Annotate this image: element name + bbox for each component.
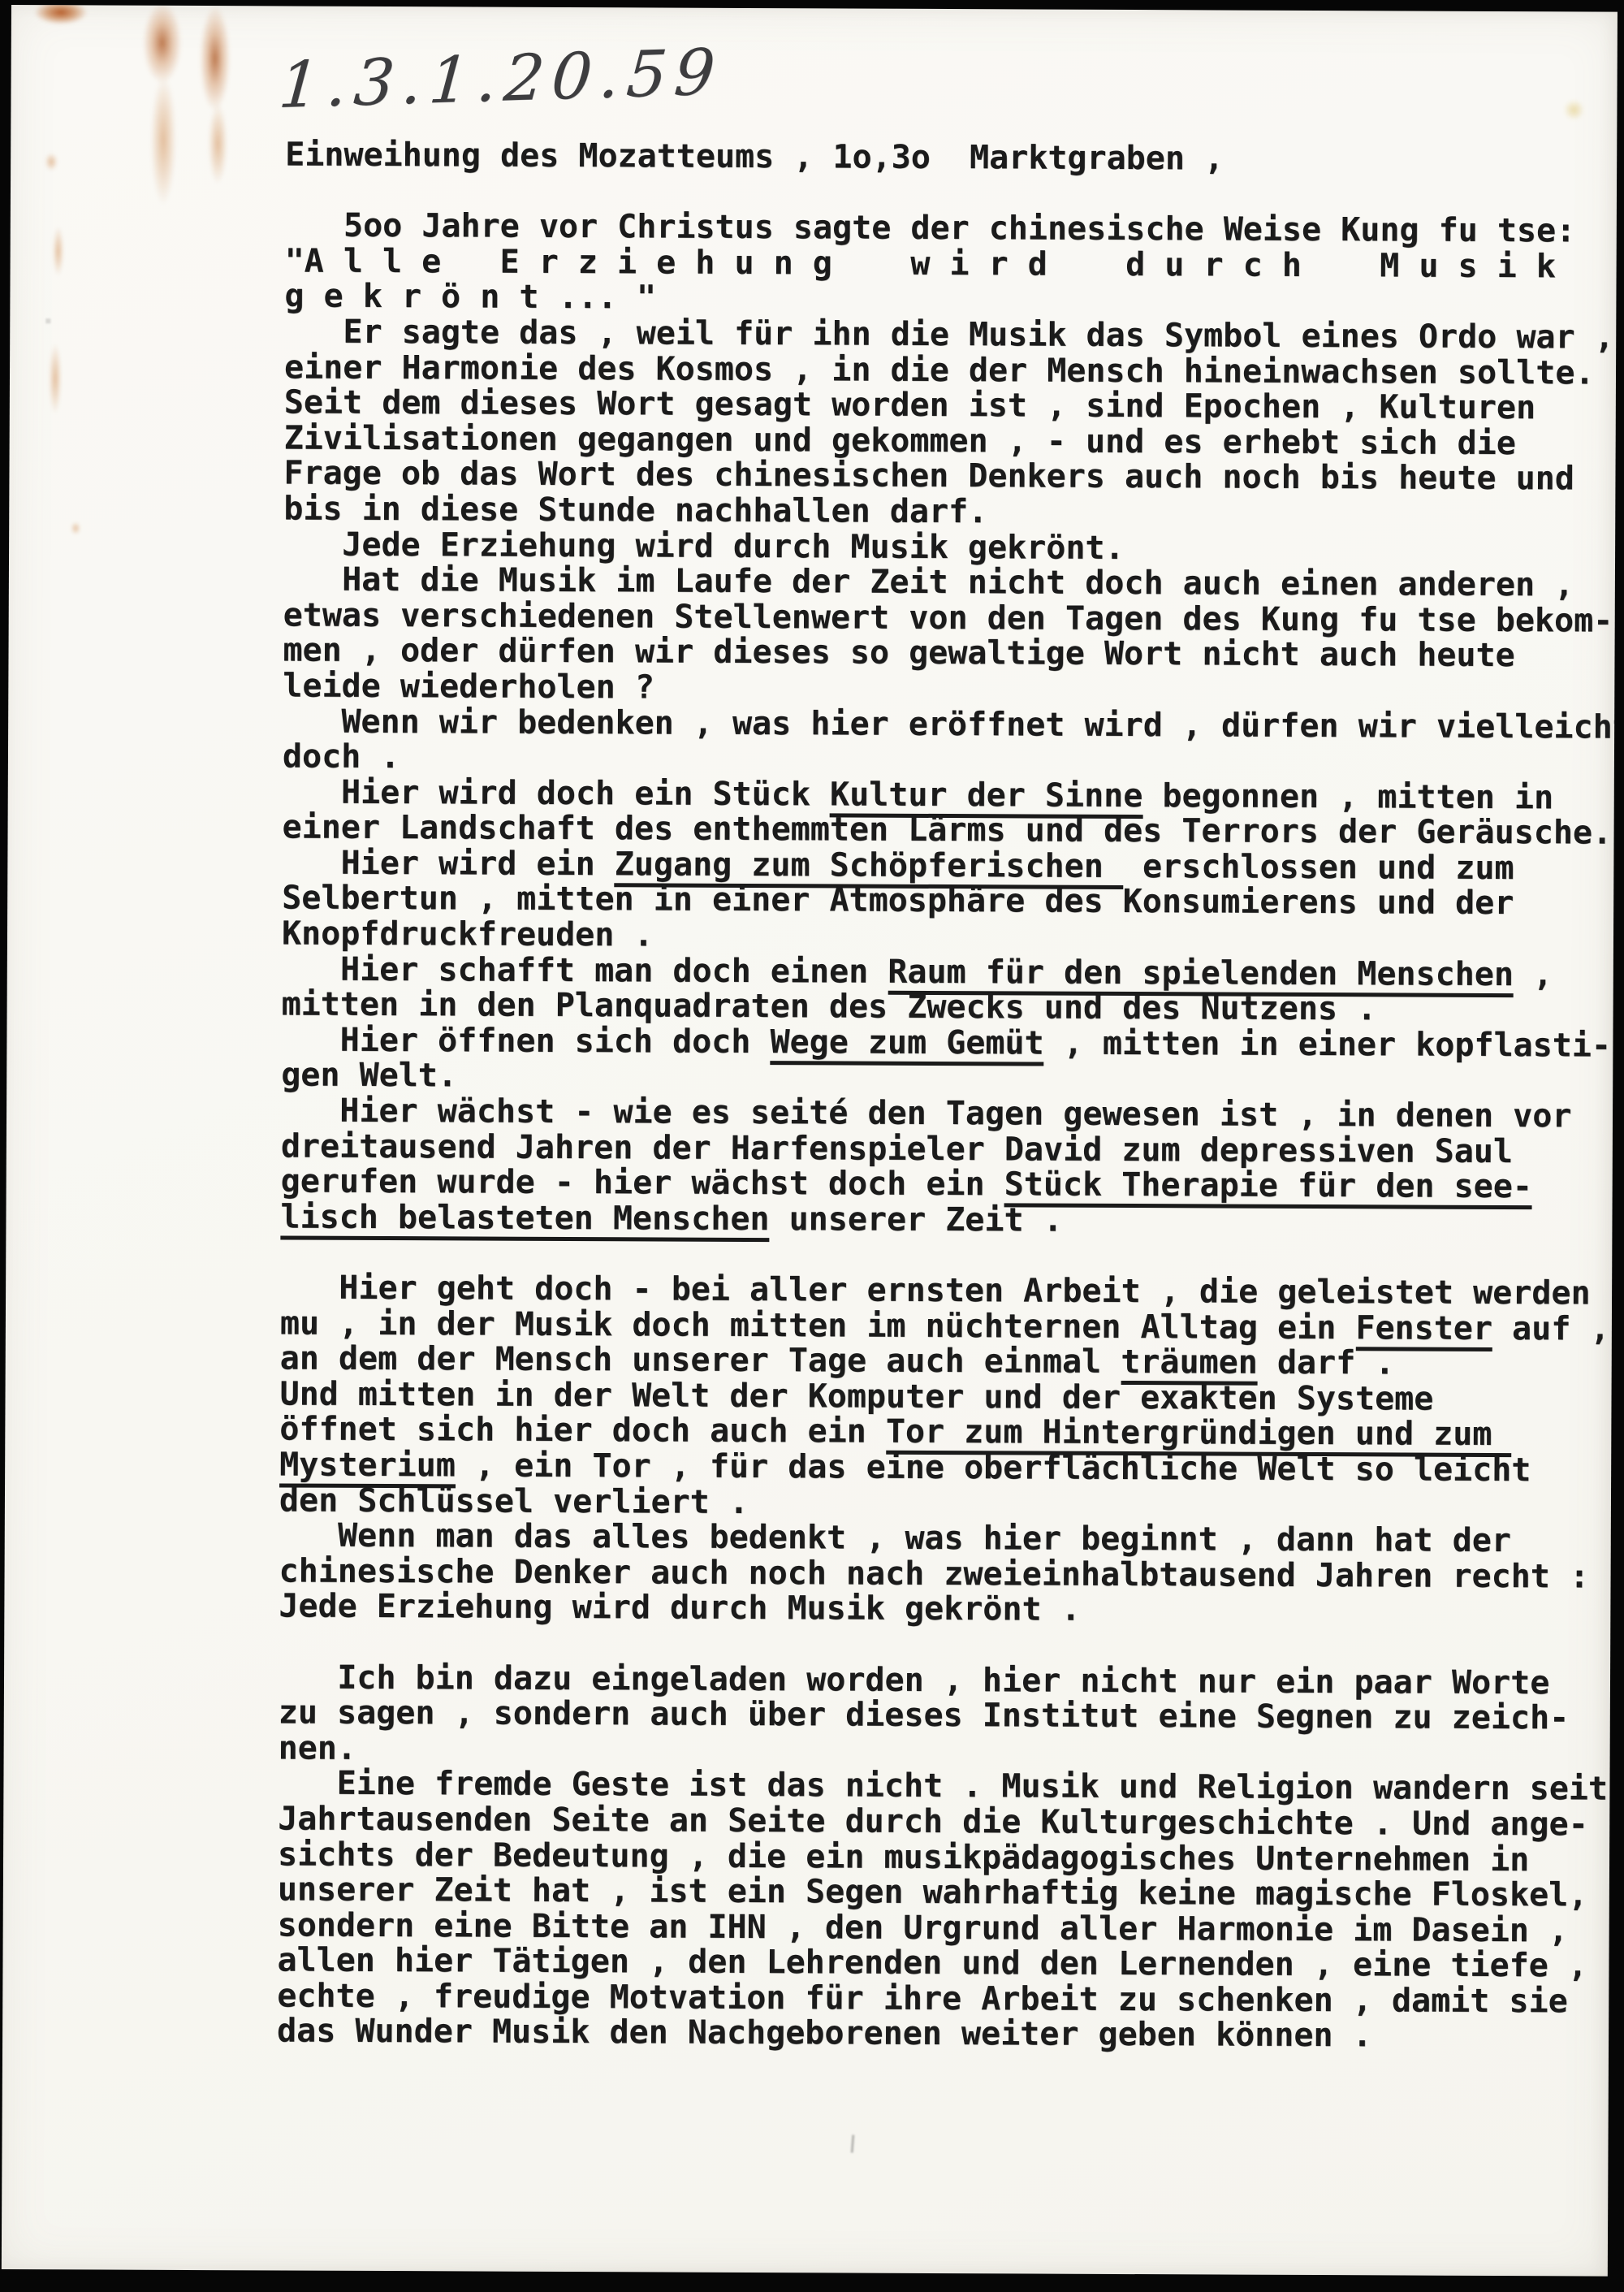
rust-stain [199,6,231,111]
text-line: Jede Erziehung wird durch Musik gekrönt … [279,1589,1618,1631]
rust-stain [150,76,177,205]
scan-speck [851,2134,855,2152]
text-line: Hier öffnen sich doch Wege zum Gemüt , m… [281,1023,1618,1064]
paper-sheet: 1.3.1.20.59 Einweihung des Mozatteums , … [2,5,1618,2277]
rust-stain [45,153,58,171]
scan-speck [45,318,50,323]
handwritten-archive-number: 1.3.1.20.59 [276,36,724,123]
rust-stain [208,103,227,184]
text-line: zu sagen , sondern auch über dieses Inst… [279,1696,1618,1737]
rust-stain [49,343,62,414]
text-line: Wenn wir bedenken , was hier eröffnet wi… [283,704,1618,746]
text-line: das Wunder Musik den Nachgeborenen weite… [277,2014,1618,2056]
rust-stain [34,5,88,24]
scan-background: 1.3.1.20.59 Einweihung des Mozatteums , … [0,0,1624,2292]
typewriter-body: Einweihung des Mozatteums , 1o,3o Marktg… [277,137,1618,2055]
rust-stain [71,521,80,534]
rust-stain [143,5,182,84]
rust-stain [53,226,64,276]
text-line: Einweihung des Mozatteums , 1o,3o Marktg… [285,137,1618,179]
rust-stain [1563,99,1584,120]
